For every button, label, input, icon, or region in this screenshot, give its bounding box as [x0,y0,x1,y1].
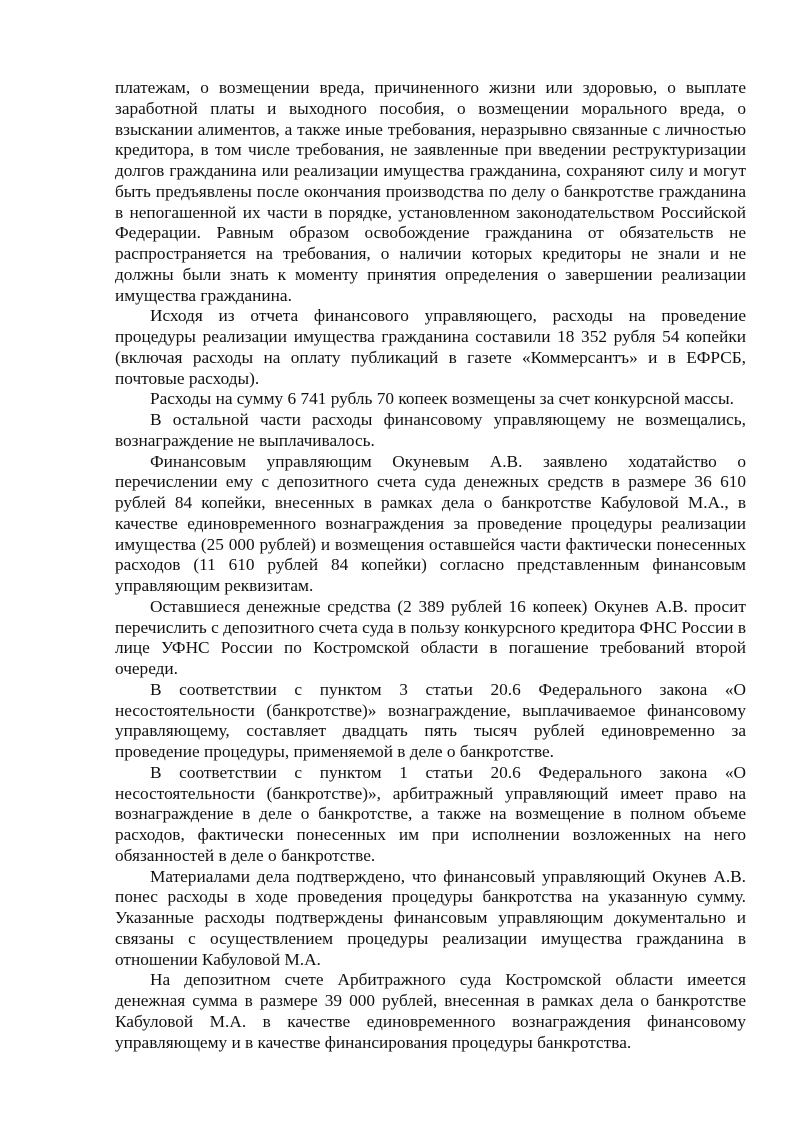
paragraph-expenses-report: Исходя из отчета финансового управляющег… [115,306,746,389]
paragraph-remaining-funds: Оставшиеся денежные средства (2 389 рубл… [115,597,746,680]
document-page: платежам, о возмещении вреда, причиненно… [115,78,746,1053]
paragraph-confirmation: Материалами дела подтверждено, что финан… [115,867,746,971]
paragraph-continuation: платежам, о возмещении вреда, причиненно… [115,78,746,306]
paragraph-expenses-reimbursed: Расходы на сумму 6 741 рубль 70 копеек в… [115,389,746,410]
paragraph-law-clause-1: В соответствии с пунктом 1 статьи 20.6 Ф… [115,763,746,867]
paragraph-remaining-expenses: В остальной части расходы финансовому уп… [115,410,746,452]
paragraph-law-clause-3: В соответствии с пунктом 3 статьи 20.6 Ф… [115,680,746,763]
paragraph-deposit: На депозитном счете Арбитражного суда Ко… [115,970,746,1053]
paragraph-motion: Финансовым управляющим Окуневым А.В. зая… [115,452,746,597]
